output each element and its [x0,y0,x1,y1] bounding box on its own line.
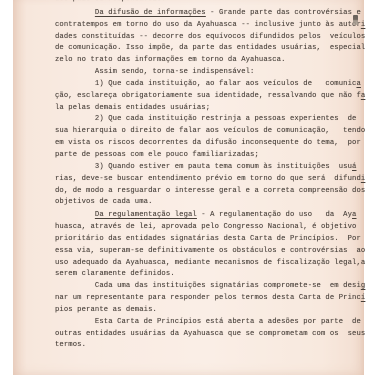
text-segment: 1) Que cada instituição, ao falar aos ve… [55,80,356,88]
text-segment: dos pais ou responsáveis. [55,0,166,3]
underlined-text: Da regulamentação legal [95,211,197,219]
text-segment: em vista os riscos decorrentes da difusã… [55,139,361,147]
document-line: termos. [55,340,363,352]
document-line: essa via, superam-se definitivamente os … [55,246,363,258]
underlined-text: g [361,282,365,290]
text-segment: de comunicação. Isso impõe, da parte das… [55,44,365,52]
document-line: zelo no trato das informações em torno d… [55,55,363,67]
document-line: outras entidades usuárias da Ayahuasca q… [55,329,363,341]
text-segment: la pelas demais entidades usuárias; [55,104,210,112]
text-segment: huasca, através de lei, aprovada pelo Co… [55,223,356,231]
underlined-text: i [361,21,365,29]
document-line: em vista os riscos decorrentes da difusã… [55,138,363,150]
scanned-document-screenshot: A participação de menores de idade só se… [0,0,375,375]
pencil-mark [353,15,358,25]
text-segment: nar um representante para responder pelo… [55,294,361,302]
text-segment: ção, esclareça obrigatoriamente sua iden… [55,92,361,100]
text-segment: Assim sendo, torna-se indispensável: [55,68,255,76]
document-line: Cada uma das instituições signatárias co… [55,281,363,293]
text-segment: rias, deve-se buscar entendimento prévio… [55,175,361,183]
document-line: 3) Quando estiver em pauta tema comum às… [55,162,363,174]
text-segment: parte de pessoas com ele pouco familiari… [55,151,259,159]
text-segment: zelo no trato das informações em torno d… [55,56,286,64]
document-line: nar um representante para responder pelo… [55,293,363,305]
document-line: sua hierarquia o direito de falar aos ve… [55,126,363,138]
text-segment: pios perante as demais. [55,306,157,314]
text-segment [55,9,95,17]
document-line: dades constituídas -- decorre dos equívo… [55,32,363,44]
document-line: Da difusão de informações - Grande parte… [55,8,363,20]
underlined-text: í [361,294,365,302]
text-segment: objetivos de cada uma. [55,198,153,206]
document-line: pios perante as demais. [55,305,363,317]
document-line: contratempos em torno do uso da Ayahuasc… [55,20,363,32]
document-line: 1) Que cada instituição, ao falar aos ve… [55,79,363,91]
paper-sheet: A participação de menores de idade só se… [13,0,364,375]
text-segment: termos. [55,341,86,349]
text-segment: outras entidades usuárias da Ayahuasca q… [55,330,365,338]
text-segment: 3) Quando estiver em pauta tema comum às… [55,163,352,171]
document-line: uso adequado da Ayahuasca, mediante meca… [55,258,363,270]
underlined-text: a [352,211,356,219]
document-line: prioritário das entidades signatárias de… [55,234,363,246]
underlined-text: i [361,175,365,183]
text-segment: 2) Que cada instituição restrinja a pess… [55,115,356,123]
document-line: serem claramente definidos. [55,269,363,281]
text-segment: dades constituídas -- decorre dos equívo… [55,33,365,41]
text-segment [55,211,95,219]
underlined-text: a [361,92,365,100]
underlined-text: Da difusão de informações [95,9,206,17]
document-line: de comunicação. Isso impõe, da parte das… [55,43,363,55]
document-line: ção, esclareça obrigatoriamente sua iden… [55,91,363,103]
text-segment: sua hierarquia o direito de falar aos ve… [55,127,365,135]
text-segment: - Grande parte das controvérsias e [206,9,361,17]
text-segment: contratempos em torno do uso da Ayahuasc… [55,21,361,29]
text-segment: do, de modo a resguardar o interesse ger… [55,187,365,195]
text-segment: - A regulamentação do uso da Ay [197,211,352,219]
document-line: dos pais ou responsáveis. [55,0,363,6]
document-line: objetivos de cada uma. [55,197,363,209]
document-line: do, de modo a resguardar o interesse ger… [55,186,363,198]
document-line: la pelas demais entidades usuárias; [55,103,363,115]
document-line: parte de pessoas com ele pouco familiari… [55,150,363,162]
underlined-text: a [356,80,360,88]
document-line: rias, deve-se buscar entendimento prévio… [55,174,363,186]
text-segment: Esta Carta de Princípios está aberta a a… [55,318,361,326]
text-segment: serem claramente definidos. [55,270,175,278]
document-text: A participação de menores de idade só se… [55,0,363,352]
text-segment: Cada uma das instituições signatárias co… [55,282,361,290]
underlined-text: á [352,163,356,171]
document-line: huasca, através de lei, aprovada pelo Co… [55,222,363,234]
document-line: Assim sendo, torna-se indispensável: [55,67,363,79]
text-segment: uso adequado da Ayahuasca, mediante meca… [55,259,365,267]
document-line: Da regulamentação legal - A regulamentaç… [55,210,363,222]
document-line: Esta Carta de Princípios está aberta a a… [55,317,363,329]
text-segment: essa via, superam-se definitivamente os … [55,247,365,255]
document-line: 2) Que cada instituição restrinja a pess… [55,114,363,126]
text-segment: prioritário das entidades signatárias de… [55,235,361,243]
